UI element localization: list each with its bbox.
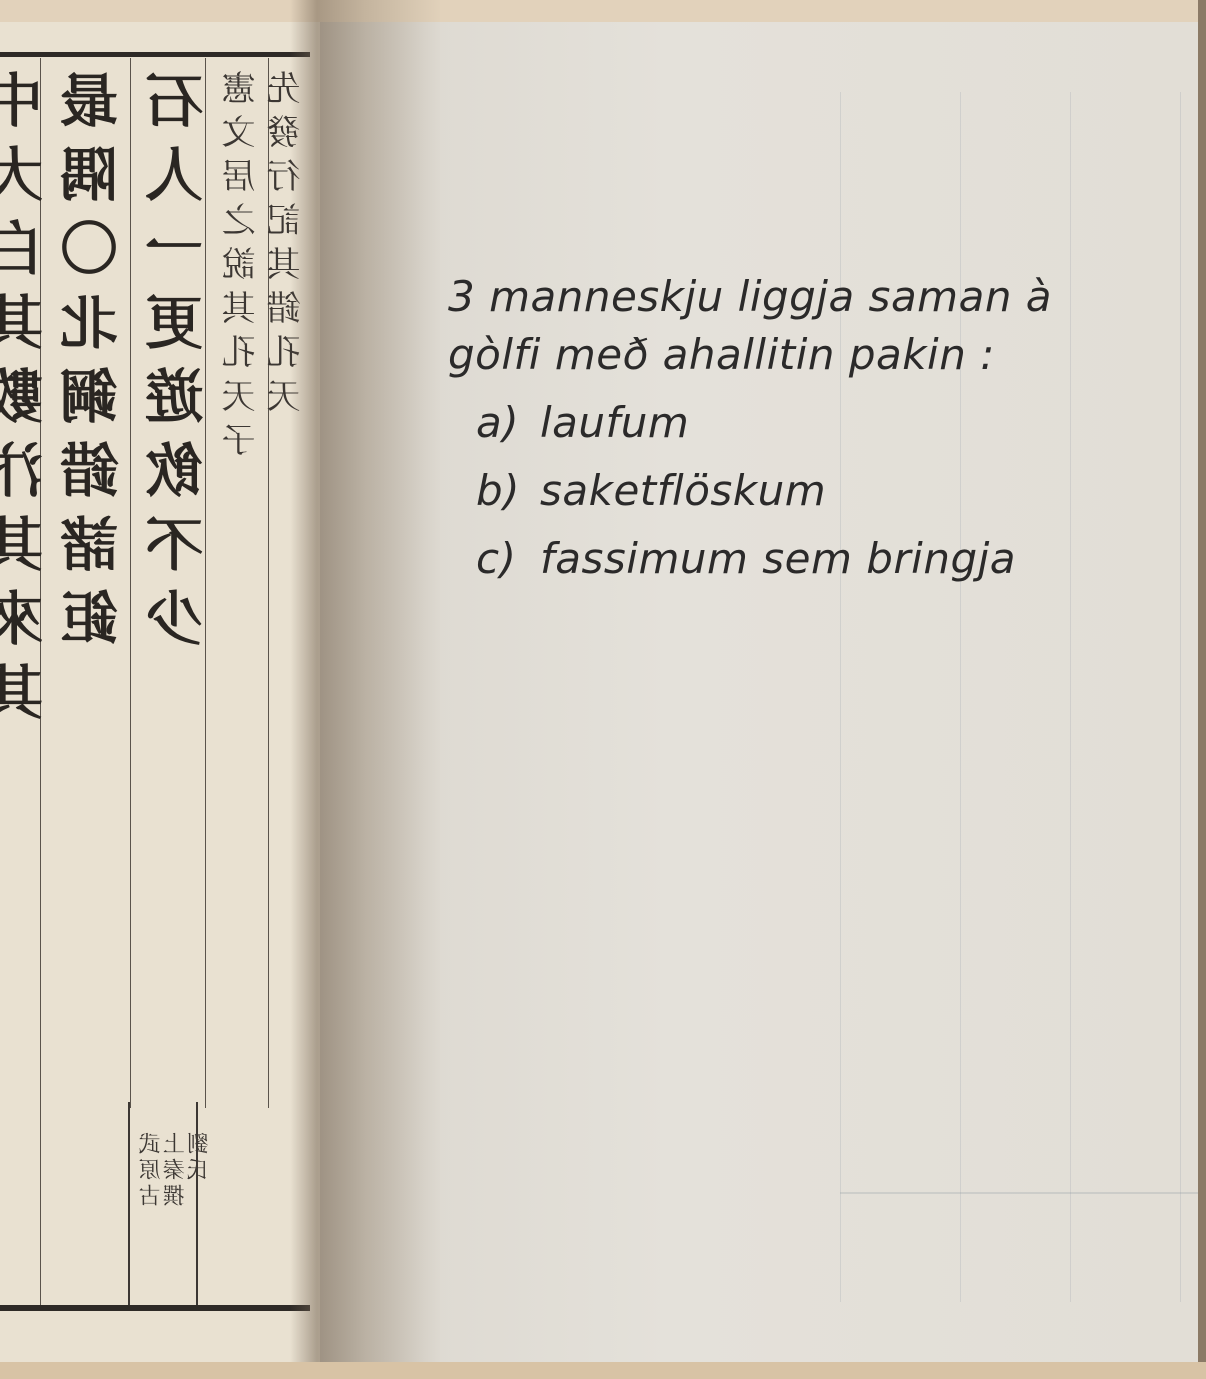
book-spread-photo: 中大白其數汴其來其 最隅〇北鋼錯諸鉅 石人一更遊飲不少 憲文居之說其孔天子 先發… — [0, 0, 1206, 1379]
note-item-c: c)fassimum sem bringja — [448, 530, 1128, 588]
item-marker: c) — [476, 530, 540, 588]
colophon-line: 劉氏 — [187, 1132, 212, 1184]
print-column-3: 石人一更遊飲不少 — [150, 70, 208, 662]
bottom-page-edge — [0, 1362, 1206, 1379]
colophon-rule — [128, 1102, 130, 1305]
colophon-seal-text: 武原古 上秦撰 劉氏 — [140, 1132, 213, 1210]
item-text: laufum — [540, 398, 689, 447]
item-marker: b) — [476, 462, 540, 520]
print-frame-bottom-rule — [0, 1305, 310, 1311]
top-page-edge — [0, 0, 1206, 22]
book-gutter-shadow — [290, 0, 440, 1379]
colophon-line: 武原古 — [139, 1132, 164, 1210]
print-column-1: 中大白其數汴其來其 — [0, 70, 48, 736]
colophon-line: 上秦撰 — [163, 1132, 188, 1210]
note-item-a: a)laufum — [448, 394, 1128, 452]
item-marker: a) — [476, 394, 540, 452]
woodblock-print-page: 中大白其數汴其來其 最隅〇北鋼錯諸鉅 石人一更遊飲不少 憲文居之說其孔天子 先發… — [0, 22, 320, 1367]
column-rule — [130, 58, 131, 1108]
print-column-2: 最隅〇北鋼錯諸鉅 — [65, 70, 123, 662]
print-column-4: 憲文居之說其孔天子 — [225, 70, 259, 466]
note-line-2: gòlfi með ahallitin pakin : — [448, 326, 1128, 384]
handwritten-note: 3 manneskju liggja saman à gòlfi með aha… — [448, 268, 1128, 588]
note-item-b: b)saketflöskum — [448, 462, 1128, 520]
handwritten-page — [320, 22, 1198, 1362]
right-page-edge — [1198, 0, 1206, 1379]
print-frame-top-rule — [0, 52, 310, 57]
item-text: fassimum sem bringja — [540, 534, 1016, 583]
item-text: saketflöskum — [540, 466, 826, 515]
note-line-1: 3 manneskju liggja saman à — [448, 268, 1128, 326]
